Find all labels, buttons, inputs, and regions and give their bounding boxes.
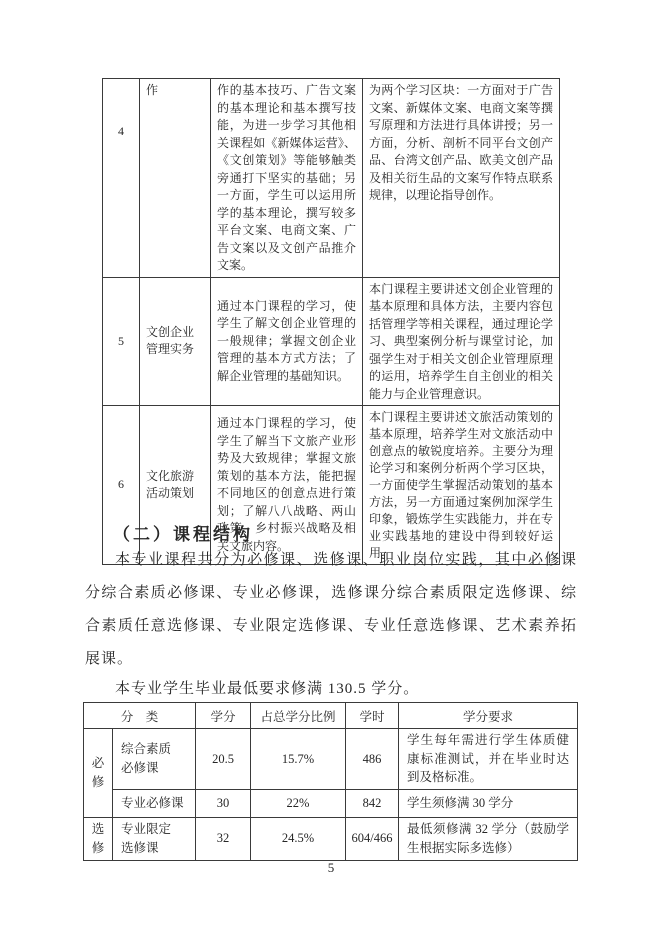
document-page: 4 作 作的基本技巧、广告文案的基本理论和基本撰写技能，为进一步学习其他相关课程… bbox=[0, 0, 662, 936]
course-objective-cell: 作的基本技巧、广告文案的基本理论和基本撰写技能，为进一步学习其他相关课程如《新媒… bbox=[211, 79, 363, 278]
course-objective-cell: 通过本门课程的学习，使学生了解文创企业管理的一般规律；掌握文创企业管理的基本方式… bbox=[211, 277, 363, 406]
course-name-cell: 文创企业管理实务 bbox=[140, 277, 211, 406]
course-row-5: 5 文创企业管理实务 通过本门课程的学习，使学生了解文创企业管理的一般规律；掌握… bbox=[103, 277, 560, 406]
hours-cell: 604/466 bbox=[346, 817, 399, 860]
hours-cell: 486 bbox=[346, 729, 399, 790]
course-description: 为两个学习区块：一方面对于广告文案、新媒体文案、电商文案等撰写原理和方法进行具体… bbox=[369, 82, 553, 205]
course-description-table: 4 作 作的基本技巧、广告文案的基本理论和基本撰写技能，为进一步学习其他相关课程… bbox=[102, 78, 560, 565]
course-description: 本门课程主要讲述文旅活动策划的基本原理，培养学生对文旅活动中创意点的敏锐度培养。… bbox=[369, 409, 553, 562]
credits-cell: 20.5 bbox=[196, 729, 251, 790]
course-objective: 通过本门课程的学习，使学生了解文创企业管理的一般规律；掌握文创企业管理的基本方式… bbox=[217, 298, 356, 386]
course-name-cell: 作 bbox=[140, 79, 211, 278]
paragraph-course-structure: 本专业课程共分为必修课、选修课、职业岗位实践，其中必修课分综合素质必修课、专业必… bbox=[85, 544, 577, 676]
course-row-4: 4 作 作的基本技巧、广告文案的基本理论和基本撰写技能，为进一步学习其他相关课程… bbox=[103, 79, 560, 278]
course-name: 文化旅游活动策划 bbox=[146, 468, 204, 503]
header-category: 分 类 bbox=[84, 703, 196, 729]
credit-structure-table: 分 类 学分 占总学分比例 学时 学分要求 必 修 综合素质 必修课 20.5 … bbox=[83, 702, 578, 861]
section-heading: （二）课程结构 bbox=[113, 520, 253, 545]
requirement-cell: 最低须修满 32 学分（鼓励学生根据实际多选修） bbox=[399, 817, 578, 860]
course-description-cell: 为两个学习区块：一方面对于广告文案、新媒体文案、电商文案等撰写原理和方法进行具体… bbox=[363, 79, 560, 278]
paragraph-graduation-credits: 本专业学生毕业最低要求修满 130.5 学分。 bbox=[85, 676, 577, 702]
credits-cell: 32 bbox=[196, 817, 251, 860]
course-objective: 作的基本技巧、广告文案的基本理论和基本撰写技能，为进一步学习其他相关课程如《新媒… bbox=[217, 82, 356, 275]
category-cell: 综合素质 必修课 bbox=[113, 729, 196, 790]
credits-cell: 30 bbox=[196, 789, 251, 817]
header-credits: 学分 bbox=[196, 703, 251, 729]
header-hours: 学时 bbox=[346, 703, 399, 729]
course-name: 文创企业管理实务 bbox=[146, 324, 204, 359]
credit-table-header-row: 分 类 学分 占总学分比例 学时 学分要求 bbox=[84, 703, 578, 729]
category-cell: 专业限定 选修课 bbox=[113, 817, 196, 860]
page-number: 5 bbox=[0, 860, 662, 876]
hours-cell: 842 bbox=[346, 789, 399, 817]
course-number: 4 bbox=[109, 123, 133, 141]
ratio-cell: 24.5% bbox=[251, 817, 346, 860]
credit-row-general-required: 必 修 综合素质 必修课 20.5 15.7% 486 学生每年需进行学生体质健… bbox=[84, 729, 578, 790]
group-label-elective: 选 修 bbox=[84, 817, 113, 860]
course-name: 作 bbox=[146, 82, 204, 100]
ratio-cell: 15.7% bbox=[251, 729, 346, 790]
course-description-cell: 本门课程主要讲述文创企业管理的基本原理和具体方法，主要内容包括管理学等相关课程，… bbox=[363, 277, 560, 406]
requirement-cell: 学生须修满 30 学分 bbox=[399, 789, 578, 817]
course-number-cell: 5 bbox=[103, 277, 140, 406]
requirement-cell: 学生每年需进行学生体质健康标准测试，并在毕业时达到及格标准。 bbox=[399, 729, 578, 790]
credit-row-major-elective: 选 修 专业限定 选修课 32 24.5% 604/466 最低须修满 32 学… bbox=[84, 817, 578, 860]
category-cell: 专业必修课 bbox=[113, 789, 196, 817]
course-number: 6 bbox=[109, 476, 133, 494]
ratio-cell: 22% bbox=[251, 789, 346, 817]
header-requirement: 学分要求 bbox=[399, 703, 578, 729]
credit-row-major-required: 专业必修课 30 22% 842 学生须修满 30 学分 bbox=[84, 789, 578, 817]
course-description: 本门课程主要讲述文创企业管理的基本原理和具体方法，主要内容包括管理学等相关课程，… bbox=[369, 281, 553, 404]
group-label-required: 必 修 bbox=[84, 729, 113, 818]
course-number: 5 bbox=[109, 333, 133, 351]
course-description-cell: 本门课程主要讲述文旅活动策划的基本原理，培养学生对文旅活动中创意点的敏锐度培养。… bbox=[363, 406, 560, 565]
header-ratio: 占总学分比例 bbox=[251, 703, 346, 729]
course-number-cell: 4 bbox=[103, 79, 140, 278]
